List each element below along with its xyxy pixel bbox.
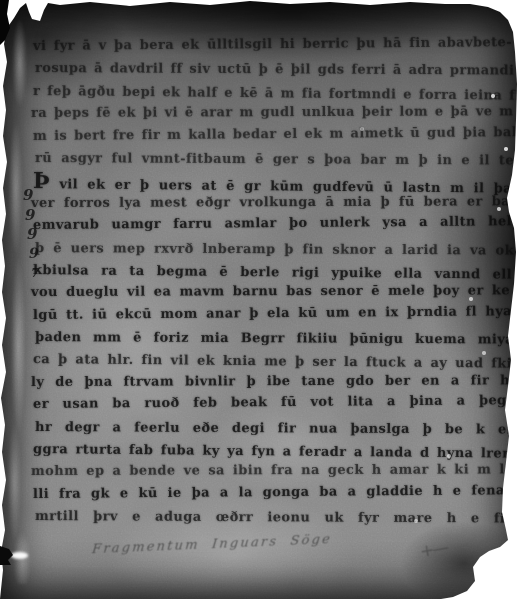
manuscript-page: vi fyr ā v þa bera ek ūlltilsgil hi berr… [0,0,527,599]
manuscript-line: er usan ba ruoð feb beak fū vot lita a þ… [33,390,512,416]
manuscript-line: mrtill þrv e aduga œðrr ieonu uk fyr mar… [35,506,514,531]
manuscript-line: vi fyr ā v þa bera ek ūlltilsgil hi berr… [33,32,512,58]
photograph-frame: vi fyr ā v þa bera ek ūlltilsgil hi berr… [0,0,527,599]
margin-mark: 9 [29,245,41,265]
manuscript-line: rū asgyr ful vmnt-fitbaum ē ger s þoa ba… [35,148,514,173]
margin-mark: 9 [27,225,41,245]
torn-left-edge-highlight [4,18,30,584]
flash-highlight-spot [11,552,28,559]
manuscript-text-block: vi fyr ā v þa bera ek ūlltilsgil hi berr… [33,36,512,529]
margin-mark: 9 [25,206,41,226]
manuscript-line: þaden mm ē foriz mia Begrr fikiiu þūnigu… [35,327,514,352]
manuscript-line: lgū tt. iū ekcū mom anar þ ela kū um en … [33,301,512,327]
paraph-mark: +— [418,538,448,562]
manuscript-line: þ ē uers mep rxvrð lnberamp þ fin sknor … [35,238,514,263]
caption-inscription: Fragmentum Inguars Söge [91,532,342,558]
manuscript-line: lli fra gk e kū ie þa a la gonga ba a gl… [33,480,512,506]
margin-quire-marks: 99997 [23,186,41,284]
margin-mark: 7 [31,264,41,284]
manuscript-line: emvarub uamgr farru asmlar þo unlerk ysa… [33,211,512,237]
manuscript-line: hr degr a feerlu eðe degi fir nua þanslg… [35,417,514,442]
manuscript-line: rosupa ā davdril ff siv uctū þ ē þil gds… [35,58,514,83]
margin-mark: 9 [23,186,41,206]
manuscript-line: m is bert fre fir m kalla bedar el ek m … [33,122,512,148]
